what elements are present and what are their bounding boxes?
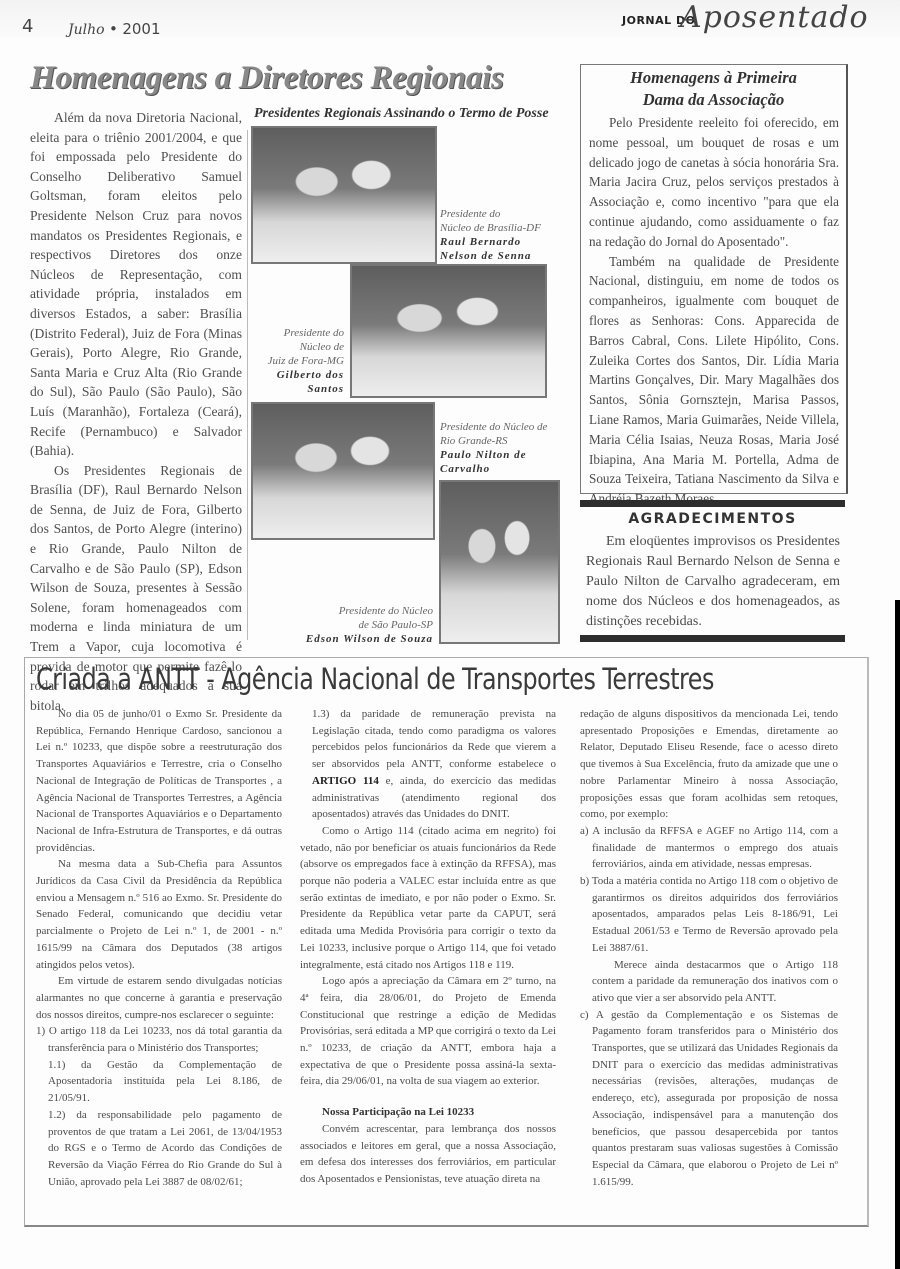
caption-text: de São Paulo-SP <box>358 619 433 631</box>
photo-brasilia <box>251 126 437 264</box>
page-number: 4 <box>22 16 33 37</box>
box-title-line: Dama da Associação <box>643 90 784 109</box>
caption-name: Gilberto dos <box>250 368 344 382</box>
main-article-title: Homenagens a Diretores Regionais <box>30 60 504 97</box>
article-paragraph: Como o Artigo 114 (citado acima em negri… <box>300 823 556 973</box>
main-article-body: Além da nova Diretoria Nacional, eleita … <box>30 108 242 715</box>
list-item: 1.2) da responsabilidade pelo pagamento … <box>36 1107 282 1191</box>
photo-rio-grande <box>251 402 435 540</box>
acknowledgements-title: AGRADECIMENTOS <box>580 511 845 527</box>
box-title-line: Homenagens à Primeira <box>630 68 797 87</box>
main-article-paragraph: Além da nova Diretoria Nacional, eleita … <box>30 108 242 461</box>
caption-name: Paulo Nilton de <box>440 448 547 462</box>
emphasis-text: ARTIGO 114 <box>312 775 379 787</box>
acknowledgements-body: Em eloqüentes improvisos os Presidentes … <box>586 532 840 632</box>
box-paragraph: Pelo Presidente reeleito foi oferecido, … <box>589 113 839 252</box>
caption-text: Juiz de Fora-MG <box>268 355 344 367</box>
caption-text: Núcleo de <box>300 341 344 353</box>
photo-caption-sao-paulo: Presidente do Núcleo de São Paulo-SP Eds… <box>300 604 433 646</box>
article-paragraph: Logo após a apreciação da Câmara em 2º t… <box>300 973 556 1090</box>
date-separator: • <box>109 20 118 38</box>
list-item: c) A gestão da Complementação e os Siste… <box>580 1007 838 1191</box>
caption-name: Santos <box>250 382 344 396</box>
section-rule <box>580 635 845 642</box>
photo-section-title: Presidentes Regionais Assinando o Termo … <box>254 106 549 122</box>
scan-edge <box>895 600 900 1269</box>
issue-month: Julho <box>68 22 105 38</box>
first-lady-box-body: Pelo Presidente reeleito foi oferecido, … <box>589 113 839 509</box>
caption-text: Núcleo de Brasília-DF <box>440 222 541 234</box>
antt-column-2: 1.3) da paridade de remuneração prevista… <box>300 706 556 1188</box>
article-paragraph: redação de alguns dispositivos da mencio… <box>580 706 838 823</box>
column-divider <box>247 130 248 640</box>
issue-date: Julho • 2001 <box>68 20 161 38</box>
photo-juiz-de-fora <box>350 264 547 398</box>
caption-name: Carvalho <box>440 462 547 476</box>
acknowledgements-paragraph: Em eloqüentes improvisos os Presidentes … <box>586 532 840 632</box>
list-item: 1.3) da paridade de remuneração prevista… <box>300 706 556 823</box>
caption-name: Raul Bernardo <box>440 235 541 249</box>
box-paragraph: Também na qualidade de Presidente Nacion… <box>589 252 839 509</box>
issue-year: 2001 <box>122 20 160 38</box>
photo-caption-rio-grande: Presidente do Núcleo de Rio Grande-RS Pa… <box>440 420 547 476</box>
list-item: Merece ainda destacarmos que o Artigo 11… <box>580 957 838 1007</box>
article-paragraph: Convém acrescentar, para lembrança dos n… <box>300 1121 556 1188</box>
caption-text: Presidente do Núcleo <box>339 605 433 617</box>
caption-text: Presidente do Núcleo de <box>440 421 547 433</box>
list-item: a) A inclusão da RFFSA e AGEF no Artigo … <box>580 823 838 873</box>
caption-name: Edson Wilson de Souza <box>300 632 433 646</box>
article-paragraph: Na mesma data a Sub-Chefia para Assuntos… <box>36 856 282 973</box>
section-rule <box>580 500 845 507</box>
article-paragraph: Em virtude de estarem sendo divulgadas n… <box>36 973 282 1023</box>
article-paragraph: No dia 05 de junho/01 o Exmo Sr. Preside… <box>36 706 282 856</box>
list-item: b) Toda a matéria contida no Artigo 118 … <box>580 873 838 957</box>
photo-sao-paulo <box>439 480 560 644</box>
photo-caption-brasilia: Presidente do Núcleo de Brasília-DF Raul… <box>440 207 541 263</box>
brand-logo: Aposentado <box>680 0 869 35</box>
article-subheading: Nossa Participação na Lei 10233 <box>300 1104 556 1121</box>
first-lady-box-title: Homenagens à Primeira Dama da Associação <box>581 67 846 111</box>
list-item: 1.1) da Gestão da Complementação de Apos… <box>36 1057 282 1107</box>
photo-caption-juiz-de-fora: Presidente do Núcleo de Juiz de Fora-MG … <box>250 326 344 396</box>
caption-text: Presidente do <box>284 327 344 339</box>
caption-text: Presidente do <box>440 208 500 220</box>
first-lady-box: Homenagens à Primeira Dama da Associação… <box>580 64 848 494</box>
list-item: 1) O artigo 118 da Lei 10233, nos dá tot… <box>36 1023 282 1056</box>
caption-name: Nelson de Senna <box>440 249 541 263</box>
antt-article-title: Criada a ANTT - Agência Nacional de Tran… <box>36 662 714 696</box>
antt-column-3: redação de alguns dispositivos da mencio… <box>580 706 838 1190</box>
antt-column-1: No dia 05 de junho/01 o Exmo Sr. Preside… <box>36 706 282 1190</box>
caption-text: Rio Grande-RS <box>440 435 508 447</box>
list-item-text: 1.3) da paridade de remuneração prevista… <box>312 708 556 770</box>
